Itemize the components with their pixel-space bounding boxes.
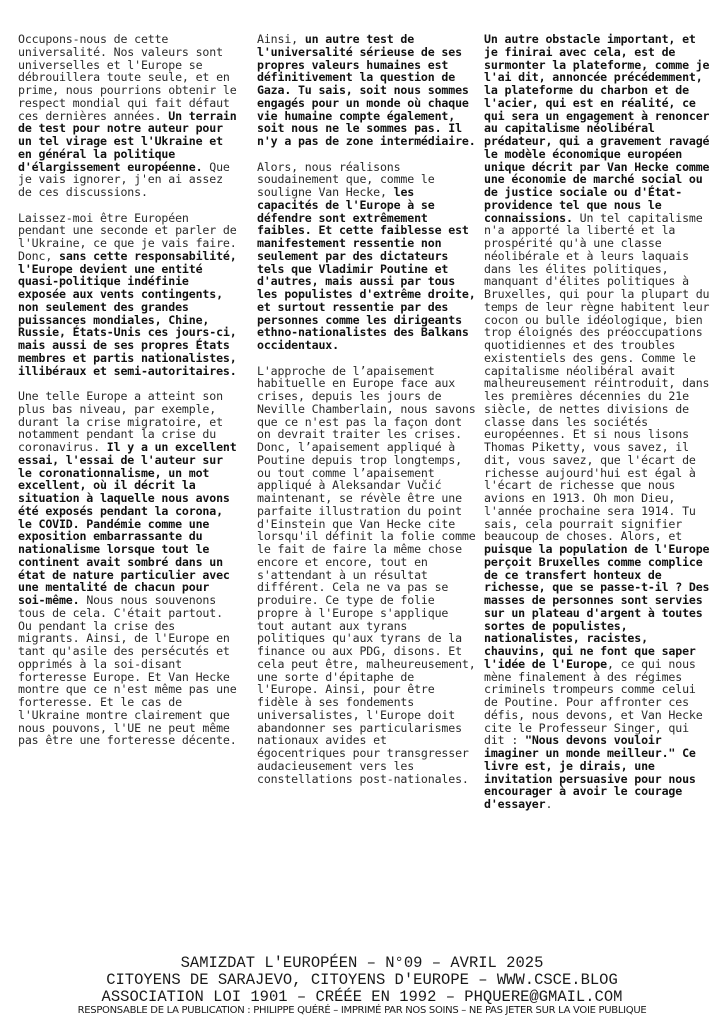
article-column-2: Ainsi, un autre test de l'universalité s… bbox=[257, 33, 481, 798]
emphasized-text: sans cette responsabilité, l'Europe devi… bbox=[18, 249, 243, 378]
article-paragraph: Laissez-moi être Européen pendant une se… bbox=[18, 212, 242, 378]
emphasized-text: un autre test de l'universalité sérieuse… bbox=[257, 32, 476, 148]
footer-association: ASSOCIATION LOI 1901 – CRÉÉE EN 1992 – P… bbox=[0, 989, 724, 1006]
article-paragraph: L'approche de l’apaisement habituelle en… bbox=[257, 365, 481, 786]
body-text: Un tel capitalisme n'a apporté la libert… bbox=[484, 211, 716, 544]
footer-masthead: SAMIZDAT L'EUROPÉEN – N°09 – AVRIL 2025 bbox=[0, 955, 724, 972]
article-paragraph: Occupons-nous de cette universalité. Nos… bbox=[18, 33, 242, 199]
body-text: L'approche de l’apaisement habituelle en… bbox=[257, 364, 482, 786]
body-text: . bbox=[545, 797, 552, 811]
emphasized-text: les capacités de l'Europe à se défendre … bbox=[257, 185, 482, 352]
article-paragraph: Ainsi, un autre test de l'universalité s… bbox=[257, 33, 481, 148]
emphasized-text: Un autre obstacle important, et je finir… bbox=[484, 32, 716, 225]
body-text: Nous nous souvenons tous de cela. C'étai… bbox=[18, 593, 243, 747]
emphasized-text: puisque la population de l'Europe perçoi… bbox=[484, 542, 716, 671]
article-paragraph: Une telle Europe a atteint son plus bas … bbox=[18, 390, 242, 747]
footer-subtitle: CITOYENS DE SARAJEVO, CITOYENS D'EUROPE … bbox=[0, 972, 724, 989]
article-column-3: Un autre obstacle important, et je finir… bbox=[484, 33, 716, 824]
emphasized-text: Il y a un excellent essai, l'essai de l'… bbox=[18, 440, 243, 607]
article-paragraph: Un autre obstacle important, et je finir… bbox=[484, 33, 716, 811]
article-paragraph: Alors, nous réalisons soudainement que, … bbox=[257, 161, 481, 352]
footer-legal-notice: RESPONSABLE DE LA PUBLICATION : PHILIPPE… bbox=[0, 1005, 724, 1017]
article-column-1: Occupons-nous de cette universalité. Nos… bbox=[18, 33, 242, 760]
